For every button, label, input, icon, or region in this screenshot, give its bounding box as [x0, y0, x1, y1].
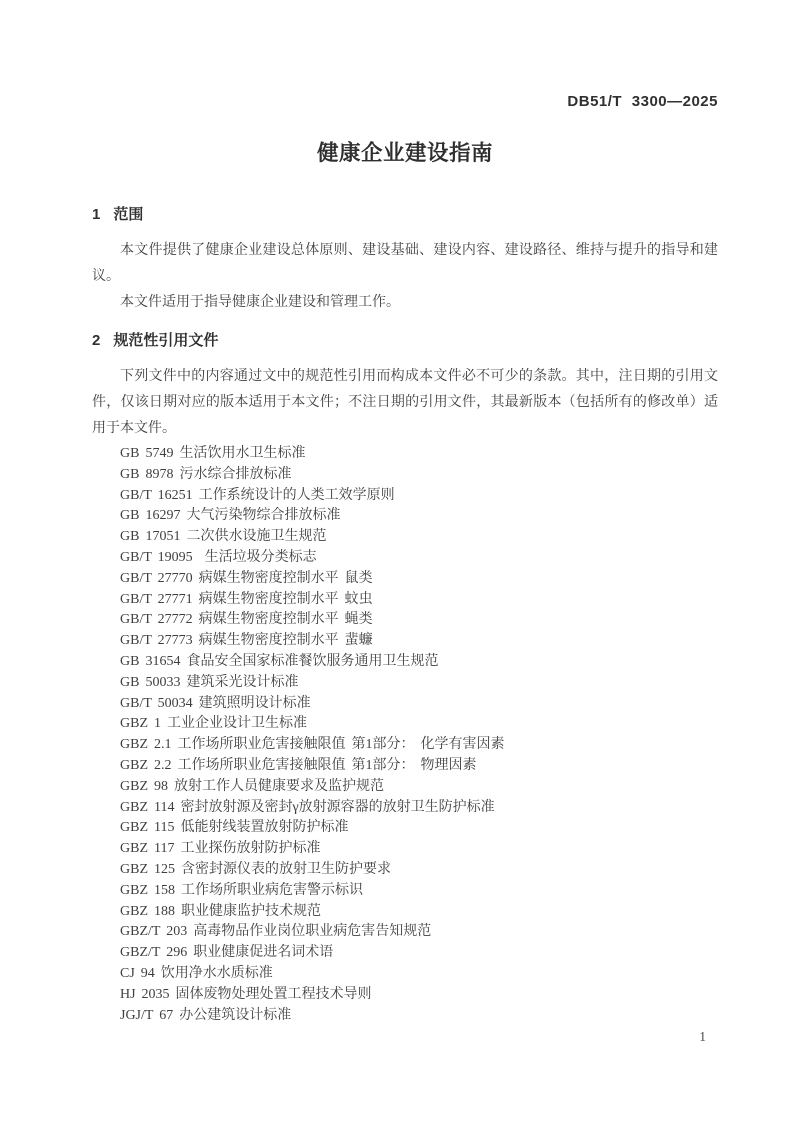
reference-item: GBZ 115 低能射线装置放射防护标准 — [120, 818, 718, 839]
reference-item: GB/T 27770 病媒生物密度控制水平 鼠类 — [120, 569, 718, 590]
section-heading: 2规范性引用文件 — [92, 332, 718, 350]
section-normative-references: 2规范性引用文件 下列文件中的内容通过文中的规范性引用而构成本文件必不可少的条款… — [92, 332, 718, 1026]
section-paragraphs: 本文件提供了健康企业建设总体原则、建设基础、建设内容、建设路径、维持与提升的指导… — [92, 238, 718, 316]
reference-item: GBZ 117 工业探伤放射防护标准 — [120, 839, 718, 860]
reference-item: GB/T 27771 病媒生物密度控制水平 蚊虫 — [120, 590, 718, 611]
document-page: DB51/T 3300—2025 健康企业建设指南 1范围 本文件提供了健康企业… — [0, 0, 794, 1123]
reference-item: GBZ 1 工业企业设计卫生标准 — [120, 714, 718, 735]
reference-item: JGJ/T 67 办公建筑设计标准 — [120, 1006, 718, 1027]
paragraph: 下列文件中的内容通过文中的规范性引用而构成本文件必不可少的条款。其中，注日期的引… — [92, 364, 718, 442]
reference-item: GB 17051 二次供水设施卫生规范 — [120, 527, 718, 548]
section-title: 规范性引用文件 — [113, 332, 218, 349]
document-body: 1范围 本文件提供了健康企业建设总体原则、建设基础、建设内容、建设路径、维持与提… — [92, 206, 718, 1026]
reference-item: GB/T 16251 工作系统设计的人类工效学原则 — [120, 486, 718, 507]
reference-item: GB 50033 建筑采光设计标准 — [120, 673, 718, 694]
reference-item: GBZ 114 密封放射源及密封γ放射源容器的放射卫生防护标准 — [120, 798, 718, 819]
page-number: 1 — [699, 1029, 706, 1045]
reference-item: GBZ 98 放射工作人员健康要求及监护规范 — [120, 777, 718, 798]
reference-item: GB/T 27772 病媒生物密度控制水平 蝇类 — [120, 610, 718, 631]
standard-code: DB51/T 3300—2025 — [567, 93, 718, 110]
reference-item: GB 5749 生活饮用水卫生标准 — [120, 444, 718, 465]
paragraph: 本文件适用于指导健康企业建设和管理工作。 — [92, 290, 718, 316]
section-paragraphs: 下列文件中的内容通过文中的规范性引用而构成本文件必不可少的条款。其中，注日期的引… — [92, 364, 718, 442]
page-content: DB51/T 3300—2025 健康企业建设指南 1范围 本文件提供了健康企业… — [0, 0, 794, 1026]
reference-item: GB/T 50034 建筑照明设计标准 — [120, 694, 718, 715]
document-header: DB51/T 3300—2025 — [92, 0, 718, 110]
reference-item: CJ 94 饮用净水水质标准 — [120, 964, 718, 985]
reference-item: GBZ/T 203 高毒物品作业岗位职业病危害告知规范 — [120, 922, 718, 943]
section-number: 1 — [92, 206, 100, 224]
reference-list: GB 5749 生活饮用水卫生标准GB 8978 污水综合排放标准GB/T 16… — [92, 444, 718, 1026]
reference-item: HJ 2035 固体废物处理处置工程技术导则 — [120, 985, 718, 1006]
reference-item: GB/T 19095 生活垃圾分类标志 — [120, 548, 718, 569]
reference-item: GBZ 2.2 工作场所职业危害接触限值 第1部分： 物理因素 — [120, 756, 718, 777]
reference-item: GBZ 158 工作场所职业病危害警示标识 — [120, 881, 718, 902]
section-heading: 1范围 — [92, 206, 718, 224]
reference-item: GB 8978 污水综合排放标准 — [120, 465, 718, 486]
reference-item: GBZ 2.1 工作场所职业危害接触限值 第1部分： 化学有害因素 — [120, 735, 718, 756]
reference-item: GBZ 125 含密封源仪表的放射卫生防护要求 — [120, 860, 718, 881]
document-title: 健康企业建设指南 — [92, 140, 718, 166]
section-number: 2 — [92, 332, 100, 350]
reference-item: GB 16297 大气污染物综合排放标准 — [120, 506, 718, 527]
paragraph: 本文件提供了健康企业建设总体原则、建设基础、建设内容、建设路径、维持与提升的指导… — [92, 238, 718, 290]
reference-item: GB 31654 食品安全国家标准餐饮服务通用卫生规范 — [120, 652, 718, 673]
reference-item: GBZ 188 职业健康监护技术规范 — [120, 902, 718, 923]
section-scope: 1范围 本文件提供了健康企业建设总体原则、建设基础、建设内容、建设路径、维持与提… — [92, 206, 718, 316]
section-title: 范围 — [113, 206, 143, 223]
reference-item: GB/T 27773 病媒生物密度控制水平 蜚蠊 — [120, 631, 718, 652]
reference-item: GBZ/T 296 职业健康促进名词术语 — [120, 943, 718, 964]
